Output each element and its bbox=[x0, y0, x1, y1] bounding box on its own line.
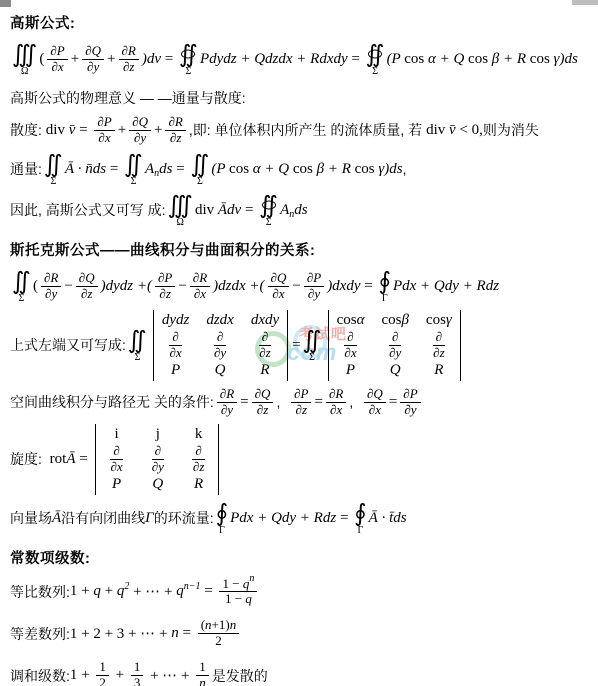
integral-operator: ∬Σ bbox=[179, 42, 198, 77]
fraction: ∂∂x bbox=[341, 330, 359, 361]
fraction-numerator: 1 bbox=[96, 660, 109, 676]
determinant-grid: ijk∂∂x∂∂y∂∂zPQR bbox=[104, 426, 210, 493]
math-italic: ∂z bbox=[159, 287, 170, 302]
math-italic: n bbox=[171, 625, 179, 642]
fraction-numerator: ∂P bbox=[291, 387, 311, 403]
fraction-denominator: ∂z bbox=[256, 346, 273, 361]
math-italic: ∂x bbox=[98, 131, 110, 146]
scan-corner-artifact-right bbox=[572, 0, 598, 5]
text: , bbox=[403, 161, 407, 177]
determinant-cell: cosβ bbox=[381, 312, 408, 329]
fraction-denominator: ∂z bbox=[190, 460, 207, 475]
integral-symbol: ∮ bbox=[378, 269, 391, 293]
math-italic: ∂z bbox=[257, 403, 268, 418]
gauss-section-heading: 高斯公式: bbox=[10, 12, 594, 33]
math-roman: + bbox=[101, 583, 117, 600]
determinant-cell: cosα bbox=[337, 312, 365, 329]
determinant-grid: dydzdzdxdxdy∂∂x∂∂y∂∂zPQR bbox=[162, 312, 279, 379]
integral-subscript: Σ bbox=[266, 218, 272, 228]
integral-subscript: Σ bbox=[131, 177, 137, 187]
harmonic-series-line: 调和级数:1 + 12 + 13 + ⋯ + 1n是发散的 bbox=[10, 660, 594, 686]
math-italic: ∂ bbox=[392, 330, 398, 345]
determinant-cell: ∂∂z bbox=[253, 330, 276, 361]
integral-subscript: Σ bbox=[309, 353, 315, 363]
math-roman: = bbox=[314, 394, 322, 411]
math-roman: rot bbox=[50, 451, 67, 468]
integral-symbol: ∬ bbox=[259, 193, 278, 217]
math-italic: P bbox=[171, 362, 180, 379]
fraction: ∂R∂z bbox=[165, 115, 185, 146]
math-roman: div bbox=[195, 202, 218, 219]
integral-subscript: Σ bbox=[19, 294, 25, 304]
fraction: ∂∂z bbox=[190, 444, 207, 475]
fraction: ∂P∂z bbox=[155, 271, 175, 302]
geometric-series-line: 等比数列:1 + q + q2 + ⋯ + qn−1 = 1 − qn1 − q bbox=[10, 577, 594, 608]
closed-surface-circle-icon bbox=[181, 50, 195, 59]
integral-operator: ∬Σ bbox=[190, 152, 209, 187]
integral-operator: ∭Ω bbox=[12, 42, 37, 77]
fraction-numerator: ∂ bbox=[192, 444, 204, 460]
fraction-numerator: ∂ bbox=[344, 330, 356, 346]
fraction: ∂∂x bbox=[166, 330, 184, 361]
math-italic: ∂ bbox=[347, 330, 353, 345]
math-roman: − bbox=[292, 278, 300, 295]
math-roman: 1 + bbox=[70, 583, 93, 600]
math-italic: β bbox=[401, 312, 408, 329]
subscript: n bbox=[289, 209, 294, 220]
math-italic: A bbox=[145, 161, 154, 178]
fraction-denominator: ∂y bbox=[386, 346, 404, 361]
math-italic: ds bbox=[159, 161, 172, 178]
math-italic: ∂y bbox=[134, 131, 146, 146]
fraction: (n+1)n2 bbox=[198, 618, 240, 649]
text: 旋度: bbox=[10, 449, 50, 469]
superscript: n−1 bbox=[184, 581, 201, 592]
fraction-denominator: 2 bbox=[96, 676, 109, 686]
integral-symbol: ∬ bbox=[12, 269, 31, 293]
math-italic: R bbox=[260, 362, 269, 379]
math-italic: α + Q bbox=[428, 51, 468, 68]
fraction-denominator: n bbox=[196, 676, 209, 686]
fraction: ∂∂z bbox=[256, 330, 273, 361]
text: 调和级数: bbox=[10, 666, 70, 686]
math-italic: )dzdx +( bbox=[213, 278, 264, 295]
determinant-cell: P bbox=[346, 362, 355, 379]
integral-operator: ∮Γ bbox=[354, 501, 367, 536]
determinant: dydzdzdxdxdy∂∂x∂∂y∂∂zPQR bbox=[153, 310, 288, 381]
math-roman: < 0, bbox=[456, 122, 483, 139]
math-italic: ∂R bbox=[193, 271, 207, 286]
math-italic: Ā bbox=[66, 451, 75, 468]
math-roman: = bbox=[106, 161, 122, 178]
math-roman: cos bbox=[426, 312, 446, 329]
math-roman: cos bbox=[468, 51, 492, 68]
text: 等差数列: bbox=[10, 624, 70, 644]
determinant-cell: ∂∂y bbox=[383, 330, 407, 361]
math-roman: 3 bbox=[134, 676, 141, 686]
math-roman: cos bbox=[355, 161, 379, 178]
fraction-numerator: 1 bbox=[196, 660, 209, 676]
fraction-numerator: ∂ bbox=[389, 330, 401, 346]
integral-symbol: ∬ bbox=[179, 42, 198, 66]
math-roman: 1 bbox=[99, 660, 106, 675]
text: 的环流量: bbox=[154, 508, 214, 528]
fraction-numerator: ∂P bbox=[155, 271, 175, 287]
math-italic: ∂ bbox=[172, 330, 178, 345]
math-roman: cos bbox=[337, 312, 357, 329]
text: 因此, 高斯公式又可写 成: bbox=[10, 200, 166, 220]
determinant-cell: dxdy bbox=[251, 312, 279, 329]
math-italic: Q bbox=[390, 362, 401, 379]
fraction: 12 bbox=[96, 660, 109, 686]
math-italic: ∂Q bbox=[255, 387, 271, 402]
fraction-numerator: ∂P bbox=[400, 387, 420, 403]
integral-symbol: ∮ bbox=[354, 501, 367, 525]
text: 等比数列: bbox=[10, 582, 70, 602]
integral-subscript: Γ bbox=[219, 526, 225, 536]
fraction-denominator: ∂x bbox=[327, 403, 345, 418]
fraction: ∂R∂x bbox=[326, 387, 346, 418]
fraction: ∂R∂y bbox=[41, 271, 61, 302]
fraction: ∂Q∂x bbox=[364, 387, 386, 418]
math-italic: ∂x bbox=[110, 460, 122, 475]
fraction-denominator: ∂y bbox=[211, 346, 229, 361]
gauss-formula: ∭Ω(∂P∂x+∂Q∂y+∂R∂z)dv = ∬ΣPdydz + Qdzdx +… bbox=[10, 42, 594, 77]
math-roman: = bbox=[76, 451, 92, 468]
fraction-denominator: ∂y bbox=[401, 403, 419, 418]
fraction-numerator: ∂ bbox=[433, 330, 445, 346]
integral-operator: ∬Σ bbox=[128, 328, 147, 363]
fraction-numerator: ∂P bbox=[47, 44, 67, 60]
math-italic: ∂R bbox=[220, 387, 234, 402]
determinant-cell: k bbox=[195, 426, 203, 443]
fraction-denominator: ∂x bbox=[48, 60, 66, 75]
determinant-cell: dzdx bbox=[206, 312, 234, 329]
fraction: 13 bbox=[131, 660, 144, 686]
fraction-numerator: ∂R bbox=[165, 115, 185, 131]
integral-operator: ∬Σ bbox=[12, 269, 31, 304]
stokes-section-heading: 斯托克斯公式——曲线积分与曲面积分的关系: bbox=[10, 239, 594, 260]
integral-operator: ∬Σ bbox=[303, 328, 322, 363]
closed-surface-circle-icon bbox=[262, 200, 276, 209]
math-roman: 1 bbox=[199, 660, 206, 675]
math-italic: dxdy bbox=[251, 312, 279, 329]
math-italic: v̄ bbox=[69, 122, 76, 139]
math-italic: Q bbox=[152, 476, 163, 493]
fraction-numerator: ∂ bbox=[152, 444, 164, 460]
math-roman: = bbox=[179, 625, 195, 642]
integral-symbol: ∬ bbox=[124, 152, 143, 176]
math-italic: ∂y bbox=[214, 346, 226, 361]
fraction: ∂Q∂z bbox=[252, 387, 274, 418]
math-roman: +1) bbox=[212, 618, 230, 633]
determinant-cell: R bbox=[194, 476, 203, 493]
determinant: cosαcosβcosγ∂∂x∂∂y∂∂zPQR bbox=[328, 310, 461, 381]
determinant-cell: ∂∂y bbox=[146, 444, 170, 475]
math-italic: ∂x bbox=[330, 403, 342, 418]
math-roman: − bbox=[64, 278, 72, 295]
math-italic: n bbox=[199, 676, 206, 686]
math-roman: 1 + 2 + 3 + ⋯ + bbox=[70, 624, 171, 643]
fraction-denominator: ∂z bbox=[78, 287, 95, 302]
math-roman: = bbox=[240, 394, 248, 411]
fraction-denominator: ∂x bbox=[166, 346, 184, 361]
integral-symbol: ∬ bbox=[44, 152, 63, 176]
math-roman: cos bbox=[530, 51, 554, 68]
math-italic: q bbox=[245, 592, 252, 607]
math-italic: ∂Q bbox=[85, 44, 101, 59]
math-roman: + bbox=[71, 51, 79, 68]
text: 通量: bbox=[10, 159, 42, 179]
math-roman: 2 bbox=[215, 634, 222, 649]
fraction: ∂P∂y bbox=[400, 387, 420, 418]
math-italic: ∂ bbox=[195, 444, 201, 459]
integral-subscript: Σ bbox=[50, 177, 56, 187]
determinant-cell: j bbox=[156, 426, 160, 443]
math-italic: ∂ bbox=[217, 330, 223, 345]
fraction-denominator: ∂z bbox=[430, 346, 447, 361]
arithmetic-series-line: 等差数列:1 + 2 + 3 + ⋯ + n = (n+1)n2 bbox=[10, 618, 594, 649]
integral-symbol: ∬ bbox=[190, 152, 209, 176]
fraction: ∂∂y bbox=[211, 330, 229, 361]
fraction-numerator: ∂ bbox=[169, 330, 181, 346]
fraction-denominator: ∂x bbox=[191, 287, 209, 302]
determinant: ijk∂∂x∂∂y∂∂zPQR bbox=[95, 424, 219, 495]
text: 向量场 bbox=[10, 508, 52, 528]
fraction-numerator: ∂Q bbox=[129, 115, 151, 131]
fraction: ∂P∂x bbox=[47, 44, 67, 75]
integral-subscript: Σ bbox=[197, 177, 203, 187]
math-italic: ∂z bbox=[193, 460, 204, 475]
math-italic: )dxdy bbox=[327, 278, 360, 295]
math-italic: Ā bbox=[52, 510, 61, 527]
math-italic: ds bbox=[294, 202, 307, 219]
math-notes-document: 高斯公式: ∭Ω(∂P∂x+∂Q∂y+∂R∂z)dv = ∬ΣPdydz + Q… bbox=[0, 0, 598, 686]
fraction-numerator: ∂R bbox=[217, 387, 237, 403]
math-italic: n bbox=[230, 618, 237, 633]
math-roman: div bbox=[426, 122, 449, 139]
math-italic: Q bbox=[215, 362, 226, 379]
fraction-numerator: ∂Q bbox=[252, 387, 274, 403]
stokes-formula: ∬Σ(∂R∂y−∂Q∂z)dydz +(∂P∂z−∂R∂x)dzdx +(∂Q∂… bbox=[10, 269, 594, 304]
math-roman: div bbox=[46, 122, 69, 139]
fraction: ∂R∂z bbox=[119, 44, 139, 75]
math-roman: 1 bbox=[134, 660, 141, 675]
fraction: ∂∂y bbox=[149, 444, 167, 475]
determinant-cell: R bbox=[260, 362, 269, 379]
math-roman: + ⋯ + bbox=[129, 582, 176, 601]
integral-subscript: Σ bbox=[186, 67, 192, 77]
math-italic: ∂z bbox=[81, 287, 92, 302]
math-italic: dydz bbox=[162, 312, 190, 329]
math-italic: ∂y bbox=[87, 60, 99, 75]
determinant-cell: ∂∂z bbox=[427, 330, 450, 361]
math-roman: cos bbox=[229, 161, 253, 178]
integral-operator: ∮Γ bbox=[378, 269, 391, 304]
math-italic: R bbox=[434, 362, 443, 379]
fraction: ∂R∂x bbox=[190, 271, 210, 302]
fraction: ∂Q∂z bbox=[76, 271, 98, 302]
math-roman: = bbox=[201, 583, 217, 600]
fraction-denominator: ∂y bbox=[305, 287, 323, 302]
integral-operator: ∭Ω bbox=[168, 193, 193, 228]
integral-operator: ∬Σ bbox=[259, 193, 278, 228]
determinant-cell: Q bbox=[152, 476, 163, 493]
math-roman: + bbox=[154, 122, 162, 139]
math-roman: + bbox=[107, 51, 115, 68]
math-italic: ∂y bbox=[308, 287, 320, 302]
determinant-cell: Q bbox=[215, 362, 226, 379]
math-italic: ∂Q bbox=[367, 387, 383, 402]
math-roman: cos bbox=[381, 312, 401, 329]
math-italic: ∂x bbox=[51, 60, 63, 75]
math-italic: ∂x bbox=[369, 403, 381, 418]
fraction-numerator: ∂P bbox=[94, 115, 114, 131]
fraction-denominator: ∂z bbox=[293, 403, 310, 418]
math-roman: = bbox=[348, 51, 364, 68]
math-roman: i bbox=[115, 426, 119, 443]
superscript: n bbox=[249, 573, 254, 585]
math-italic: ∂P bbox=[294, 387, 308, 402]
math-roman: = bbox=[173, 161, 189, 178]
math-italic: ∂P bbox=[97, 115, 111, 130]
math-italic: γ)ds bbox=[554, 51, 578, 68]
fraction-numerator: ∂ bbox=[259, 330, 271, 346]
fraction-numerator: ∂Q bbox=[364, 387, 386, 403]
math-roman: = bbox=[75, 122, 91, 139]
fraction: ∂∂x bbox=[107, 444, 125, 475]
fraction: ∂R∂y bbox=[217, 387, 237, 418]
math-italic: ∂y bbox=[221, 403, 233, 418]
integral-operator: ∮Γ bbox=[216, 501, 229, 536]
math-roman: 1 − bbox=[225, 592, 245, 607]
math-italic: (P bbox=[387, 51, 405, 68]
fraction-numerator: ∂ bbox=[214, 330, 226, 346]
fraction-denominator: ∂x bbox=[269, 287, 287, 302]
math-italic: Pdydz + Qdzdx + Rdxdy bbox=[200, 51, 348, 68]
math-italic: β + R bbox=[317, 161, 355, 178]
math-italic: ∂y bbox=[404, 403, 416, 418]
closed-surface-circle-icon bbox=[368, 50, 382, 59]
math-italic: ∂P bbox=[50, 44, 64, 59]
fraction-denominator: ∂z bbox=[254, 403, 271, 418]
math-italic: q bbox=[93, 583, 101, 600]
fraction-numerator: ∂R bbox=[190, 271, 210, 287]
fraction: ∂P∂z bbox=[291, 387, 311, 418]
math-italic: ∂x bbox=[272, 287, 284, 302]
math-roman: = bbox=[336, 510, 352, 527]
text: 沿有向闭曲线 bbox=[61, 508, 145, 528]
text: 是发散的 bbox=[212, 666, 268, 686]
fraction-numerator: 1 bbox=[131, 660, 144, 676]
math-roman: + bbox=[118, 122, 126, 139]
math-italic: dzdx bbox=[206, 312, 234, 329]
math-italic: )dydz +( bbox=[101, 278, 152, 295]
fraction-denominator: 1 − q bbox=[222, 592, 255, 607]
fraction-numerator: ∂R bbox=[41, 271, 61, 287]
integral-operator: ∬Σ bbox=[366, 42, 385, 77]
math-italic: ∂R bbox=[329, 387, 343, 402]
gauss-rewritten-line: 因此, 高斯公式又可写 成:∭Ωdiv Ādv = ∬ΣAnds bbox=[10, 193, 594, 228]
math-italic: α + Q bbox=[253, 161, 293, 178]
fraction-numerator: ∂Q bbox=[268, 271, 290, 287]
math-italic: ∂Q bbox=[271, 271, 287, 286]
fraction-denominator: 2 bbox=[212, 634, 225, 649]
text: 则为消失 bbox=[483, 120, 539, 140]
math-italic: ∂Q bbox=[79, 271, 95, 286]
math-italic: ∂ bbox=[155, 444, 161, 459]
math-italic: v̄ bbox=[449, 122, 456, 139]
math-italic: ∂z bbox=[433, 346, 444, 361]
integral-subscript: Σ bbox=[372, 67, 378, 77]
fraction: ∂∂z bbox=[430, 330, 447, 361]
math-roman: + bbox=[112, 667, 128, 684]
math-italic: q bbox=[176, 583, 184, 600]
determinant-cell: Q bbox=[390, 362, 401, 379]
integral-operator: ∬Σ bbox=[44, 152, 63, 187]
determinant-cell: R bbox=[434, 362, 443, 379]
scan-corner-artifact-left bbox=[0, 0, 11, 7]
determinant-cell: ∂∂x bbox=[338, 330, 362, 361]
fraction: ∂Q∂x bbox=[268, 271, 290, 302]
fraction-numerator: ∂P bbox=[304, 271, 324, 287]
math-italic: ∂ bbox=[113, 444, 119, 459]
divergence-line: 散度: div v̄ = ∂P∂x+∂Q∂y+∂R∂z,即: 单位体积内所产生 … bbox=[10, 115, 594, 146]
integral-symbol: ∬ bbox=[303, 328, 322, 352]
fraction-numerator: ∂ bbox=[110, 444, 122, 460]
text: , bbox=[349, 394, 361, 410]
text: 上式左端又可写成: bbox=[10, 335, 126, 355]
math-italic: ∂x bbox=[194, 287, 206, 302]
math-italic: P bbox=[346, 362, 355, 379]
fraction-denominator: ∂y bbox=[131, 131, 149, 146]
text: 散度: bbox=[10, 120, 46, 140]
fraction: 1 − qn1 − q bbox=[219, 577, 257, 608]
determinant-cell: ∂∂z bbox=[187, 444, 210, 475]
math-roman: = bbox=[161, 51, 177, 68]
math-roman: 2 bbox=[99, 676, 106, 686]
math-italic: ∂P bbox=[403, 387, 417, 402]
math-italic: ∂z bbox=[123, 60, 134, 75]
math-italic: γ)ds bbox=[378, 161, 402, 178]
fraction-denominator: ∂z bbox=[156, 287, 173, 302]
math-italic: q bbox=[117, 583, 125, 600]
math-roman: cos bbox=[293, 161, 317, 178]
integral-symbol: ∬ bbox=[366, 42, 385, 66]
math-roman: cos bbox=[404, 51, 428, 68]
math-italic: ∂y bbox=[45, 287, 57, 302]
math-roman: 1 + bbox=[70, 667, 93, 684]
fraction-numerator: ∂R bbox=[119, 44, 139, 60]
integral-subscript: Ω bbox=[177, 218, 184, 228]
flux-line: 通量:∬ΣĀ · n̄ds = ∬ΣAnds = ∬Σ(P cos α + Q … bbox=[10, 152, 594, 187]
math-italic: Pdx + Qdy + Rdz bbox=[230, 510, 336, 527]
determinant-cell: i bbox=[115, 426, 119, 443]
math-italic: )dv bbox=[142, 51, 161, 68]
math-italic: ∂R bbox=[168, 115, 182, 130]
fraction-denominator: ∂z bbox=[120, 60, 137, 75]
text: 空间曲线积分与路径无 关的条件: bbox=[10, 392, 214, 412]
math-italic: ∂y bbox=[152, 460, 164, 475]
fraction-numerator: ∂Q bbox=[76, 271, 98, 287]
fraction-denominator: ∂z bbox=[167, 131, 184, 146]
integral-symbol: ∮ bbox=[216, 501, 229, 525]
fraction-numerator: (n+1)n bbox=[198, 618, 240, 634]
math-italic: ∂Q bbox=[132, 115, 148, 130]
math-italic: ∂P bbox=[307, 271, 321, 286]
integral-symbol: ∭ bbox=[168, 193, 193, 217]
curl-line: 旋度: rotĀ = ijk∂∂x∂∂y∂∂zPQR bbox=[10, 424, 594, 495]
